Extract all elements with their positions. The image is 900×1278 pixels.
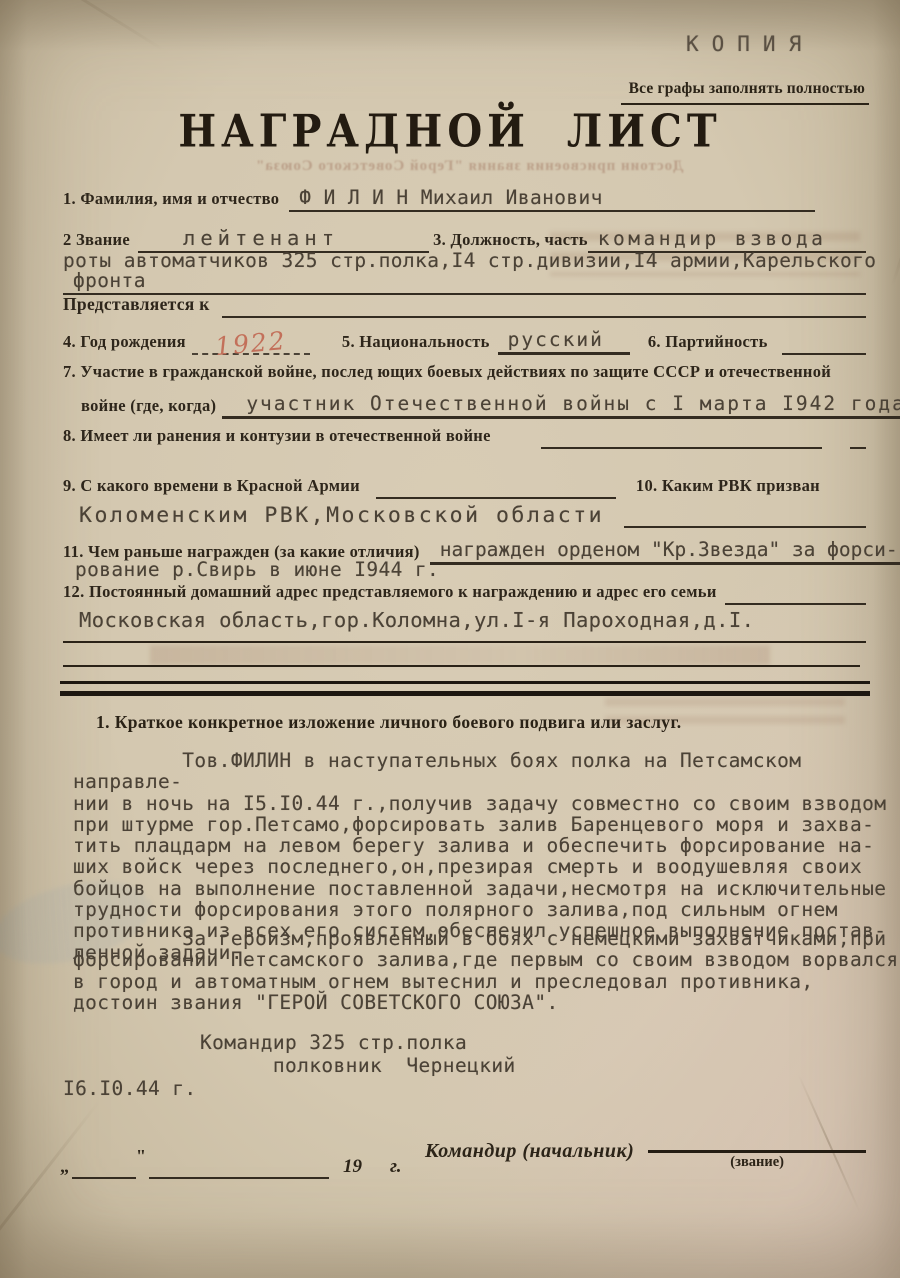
field-8-row: 8. Имеет ли ранения и контузии в отечест…: [63, 426, 866, 449]
field-12-row: 12. Постоянный домашний адрес представля…: [63, 582, 866, 605]
blank-line: [725, 589, 866, 605]
document-scan: КОПИЯ Все графы заполнять полностью НАГР…: [0, 0, 900, 1278]
field-3-value-line3: фронта: [63, 269, 176, 295]
heavy-rule-1: [60, 681, 870, 684]
field-8-label: 8. Имеет ли ранения и контузии в отечест…: [63, 426, 491, 449]
field-7-value: участник Отечественной войны с I марта I…: [222, 392, 900, 419]
signature-block: Командир 325 стр.полка полковник Чернецк…: [200, 1032, 516, 1077]
body-paragraph-2: За героизм,проявленный в боях с немецким…: [73, 928, 900, 1013]
bleedthrough-blob-2: [150, 645, 770, 665]
field-9-label: 9. С какого времени в Красной Армии: [63, 476, 360, 499]
blank-line: [782, 339, 866, 355]
copy-stamp: КОПИЯ: [686, 32, 814, 56]
predstav-row: Представляется к: [63, 294, 866, 318]
commander-signature-area: (звание): [648, 1134, 866, 1171]
field-12-label: 12. Постоянный домашний адрес представля…: [63, 582, 717, 605]
date-month-blank: [149, 1163, 329, 1179]
field-5-label: 5. Национальность: [342, 332, 490, 355]
field-9-10-row: 9. С какого времени в Красной Армии 10. …: [63, 476, 866, 499]
field-12-value: Московская область,гор.Коломна,ул.I-я Па…: [63, 608, 754, 632]
open-quote: „: [60, 1156, 72, 1179]
blank-line: [850, 433, 866, 449]
field-5-value: русский: [498, 328, 630, 355]
blank-line: [541, 433, 822, 449]
birth-year-blank: 1922: [192, 324, 310, 355]
blank-line: [624, 512, 866, 528]
rank-caption: (звание): [730, 1154, 784, 1171]
crease-bottom-left: [0, 1100, 100, 1275]
blank-line: [176, 279, 866, 295]
thin-rule-2: [63, 665, 860, 667]
signature-date: I6.I0.44 г.: [63, 1078, 197, 1099]
field-11-value-line2: рование р.Свирь в июне I944 г.: [63, 558, 439, 581]
field-4-value-handwritten: 1922: [214, 326, 288, 361]
blank-line: [376, 483, 616, 499]
crease-top-left: [0, 0, 164, 51]
field-4-5-6-row: 4. Год рождения 1922 5. Национальность р…: [63, 324, 866, 355]
fill-all-fields-note: Все графы заполнять полностью: [621, 80, 869, 105]
field-7-label-row: 7. Участие в гражданской войне, послед ю…: [63, 362, 866, 385]
heavy-rule-2: [60, 691, 870, 696]
field-12-value-row: Московская область,гор.Коломна,ул.I-я Па…: [63, 608, 866, 632]
close-quote: ": [136, 1146, 149, 1179]
field-1-value: Ф И Л И Н Михаил Иванович: [289, 186, 611, 212]
field-10-value-row: Коломенским РВК,Московской области: [63, 503, 866, 528]
field-7-label: 7. Участие в гражданской войне, послед ю…: [63, 362, 831, 385]
form-title: НАГРАДНОЙ ЛИСТ: [0, 105, 900, 158]
footer-commander-label: Командир (начальник): [425, 1140, 634, 1171]
field-10-value: Коломенским РВК,Московской области: [63, 503, 604, 528]
date-day-blank: [72, 1163, 136, 1179]
footer-commander-row: Командир (начальник) (звание): [425, 1134, 866, 1171]
blank-line: [611, 196, 815, 212]
field-1-row: 1. Фамилия, имя и отчество Ф И Л И Н Мих…: [63, 186, 815, 212]
field-4-label: 4. Год рождения: [63, 332, 186, 355]
field-7-label-2: войне (где, когда): [63, 396, 216, 419]
bleedthrough-text: Достоин присвоения звания "Герой Советск…: [255, 158, 683, 175]
field-3-continuation-row-2: фронта: [63, 269, 866, 295]
field-11-continuation-row: рование р.Свирь в июне I944 г.: [63, 558, 866, 581]
year-prefix: 19: [329, 1156, 370, 1179]
blank-line: [222, 302, 866, 318]
thin-rule-1: [63, 641, 866, 643]
field-10-label: 10. Каким РВК призван: [636, 476, 820, 499]
year-suffix: г.: [370, 1156, 410, 1179]
field-1-label: 1. Фамилия, имя и отчество: [63, 189, 279, 212]
section-1-heading: 1. Краткое конкретное изложение личного …: [96, 712, 682, 733]
field-6-label: 6. Партийность: [648, 332, 768, 355]
field-7-value-row: войне (где, когда) участник Отечественно…: [63, 392, 866, 419]
predstav-label: Представляется к: [63, 294, 210, 318]
signature-line: [648, 1134, 866, 1153]
footer-date-row: „ " 19 г.: [60, 1146, 420, 1179]
